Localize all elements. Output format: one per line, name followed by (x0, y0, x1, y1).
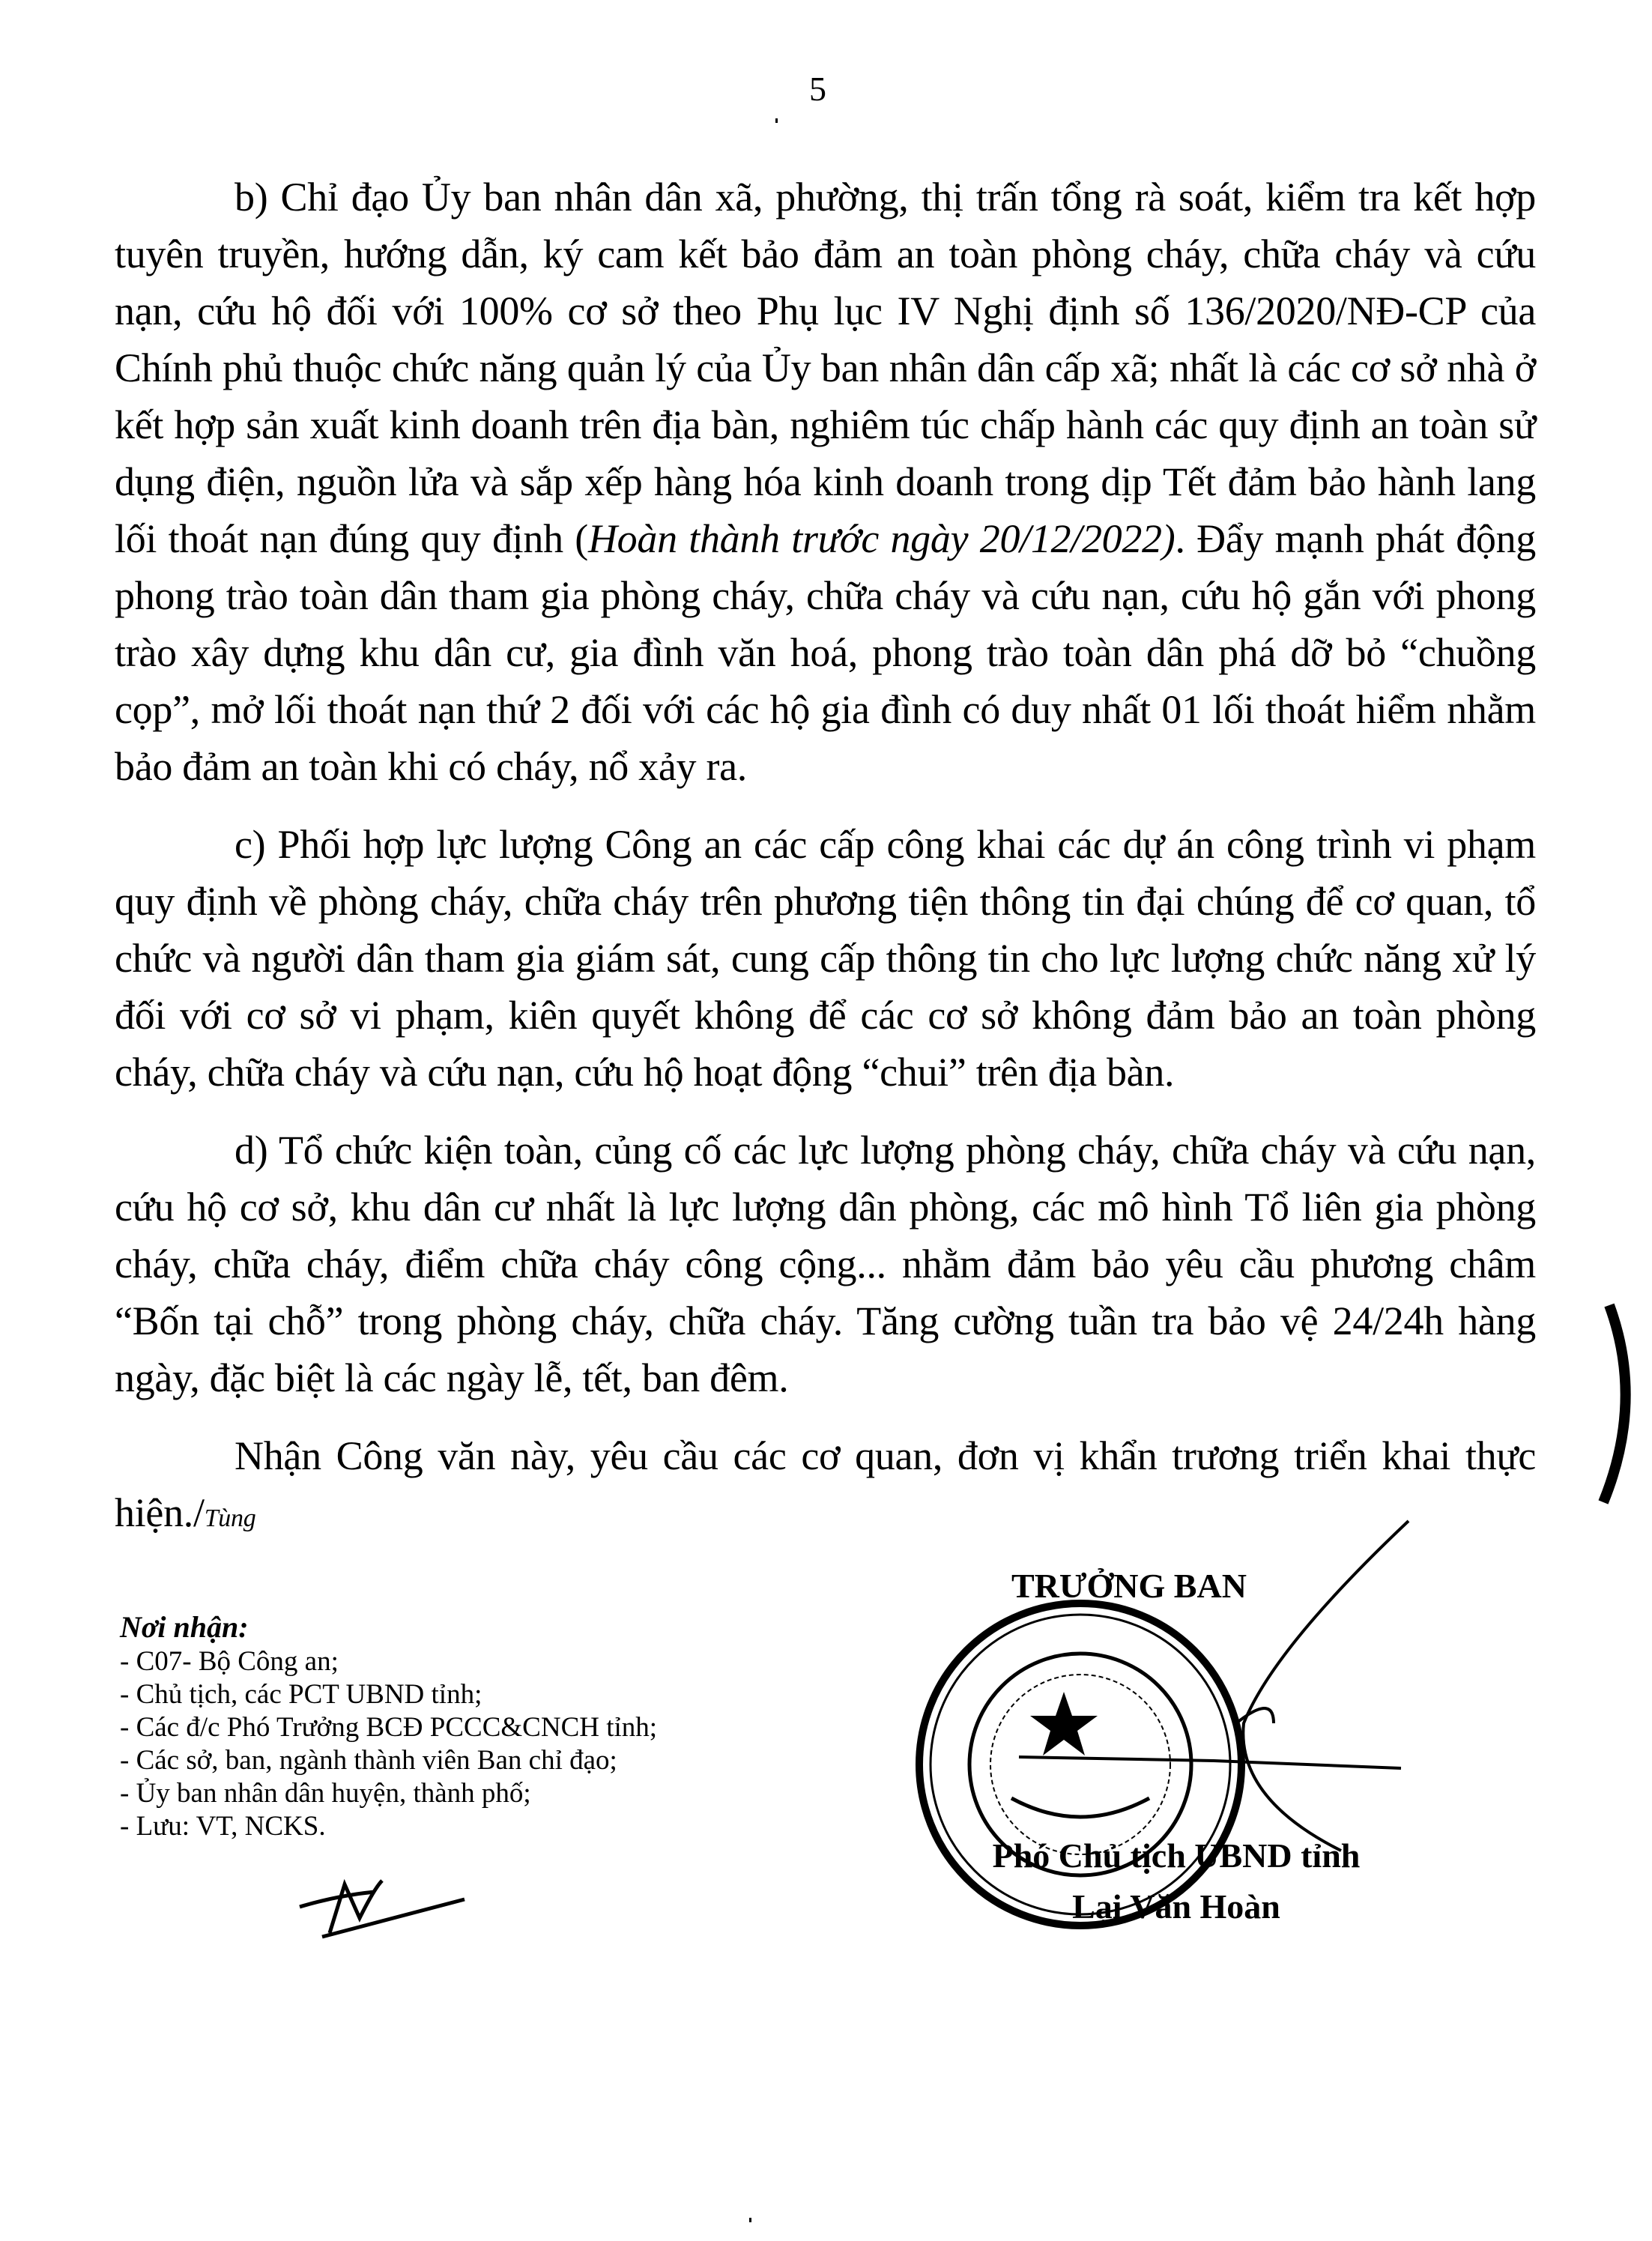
margin-stamp-fragment-icon (1603, 1305, 1626, 1502)
initials-icon (300, 1881, 465, 1937)
paragraph-d-text: d) Tổ chức kiện toàn, củng cố các lực lư… (115, 1128, 1536, 1400)
document-body: b) Chỉ đạo Ủy ban nhân dân xã, phường, t… (115, 169, 1536, 1568)
recipients-list: - C07- Bộ Công an; - Chủ tịch, các PCT U… (120, 1645, 657, 1843)
recipient-item: - Các sở, ban, ngành thành viên Ban chỉ … (120, 1744, 657, 1777)
recipient-item: - Ủy ban nhân dân huyện, thành phố; (120, 1777, 657, 1810)
paragraph-b: b) Chỉ đạo Ủy ban nhân dân xã, phường, t… (115, 169, 1536, 795)
recipients-block: Nơi nhận: - C07- Bộ Công an; - Chủ tịch,… (120, 1611, 657, 1843)
scan-speck (775, 118, 778, 123)
paragraph-b-text-1: b) Chỉ đạo Ủy ban nhân dân xã, phường, t… (115, 175, 1536, 561)
signer-name: Lại Văn Hoàn (914, 1887, 1438, 1926)
recipient-item: - Lưu: VT, NCKS. (120, 1810, 657, 1843)
closing-paragraph: Nhận Công văn này, yêu cầu các cơ quan, … (115, 1427, 1536, 1547)
recipient-item: - C07- Bộ Công an; (120, 1645, 657, 1678)
paragraph-c-text: c) Phối hợp lực lượng Công an các cấp cô… (115, 822, 1536, 1095)
signature-heading: TRƯỞNG BAN (1011, 1566, 1247, 1606)
recipient-item: - Chủ tịch, các PCT UBND tỉnh; (120, 1678, 657, 1711)
closing-text: Nhận Công văn này, yêu cầu các cơ quan, … (115, 1433, 1536, 1535)
handwritten-initial: Tùng (205, 1504, 256, 1532)
scan-speck (749, 2218, 751, 2222)
page-number: 5 (809, 69, 826, 109)
star-icon (1030, 1692, 1098, 1755)
official-stamp-icon (919, 1603, 1241, 1926)
paragraph-c: c) Phối hợp lực lượng Công an các cấp cô… (115, 816, 1536, 1101)
paragraph-d: d) Tổ chức kiện toàn, củng cố các lực lư… (115, 1122, 1536, 1406)
deadline-note: Hoàn thành trước ngày 20/12/2022) (588, 516, 1175, 561)
recipients-title: Nơi nhận: (120, 1611, 657, 1644)
recipient-item: - Các đ/c Phó Trưởng BCĐ PCCC&CNCH tỉnh; (120, 1711, 657, 1744)
signer-role: Phó Chủ tịch UBND tỉnh (914, 1836, 1438, 1875)
